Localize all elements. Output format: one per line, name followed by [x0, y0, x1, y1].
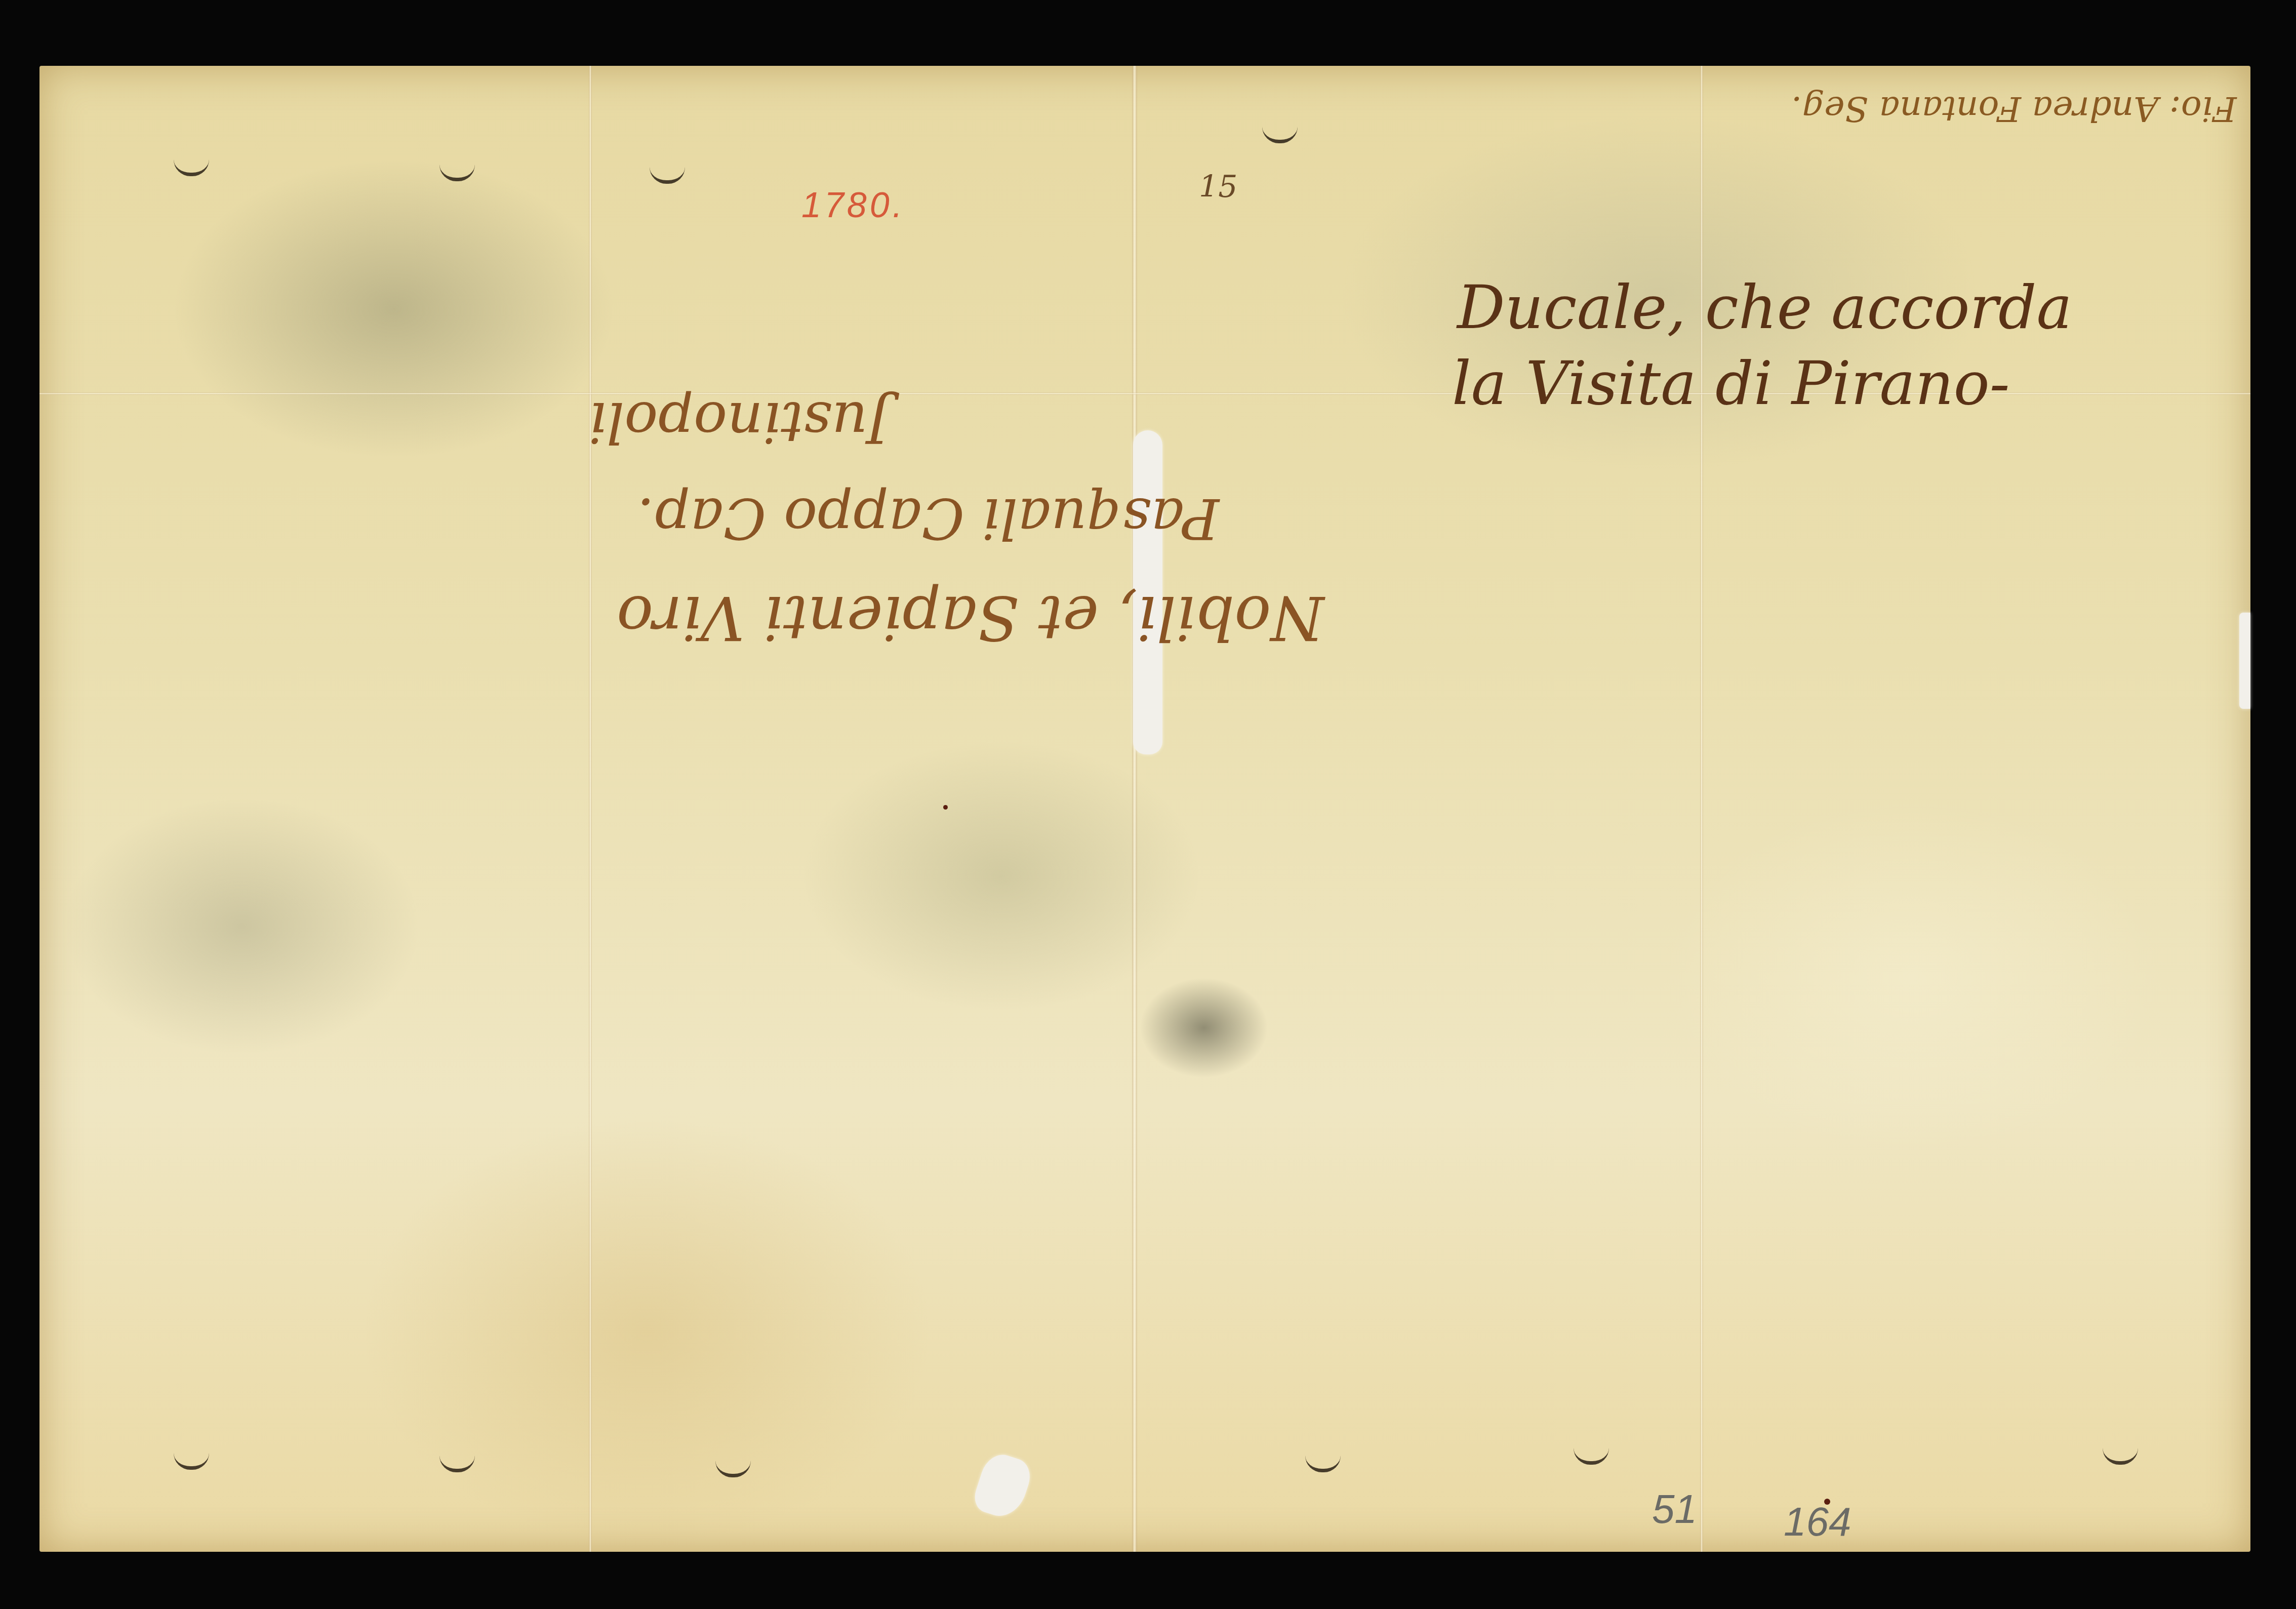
secretary-signature-inverted: Fio: Andrea Fontana Seg. — [1791, 89, 2237, 128]
repair-patch-bottom — [971, 1450, 1035, 1522]
archive-number-right: 164 — [1784, 1499, 1851, 1545]
address-line-3-inverted: Justinopoli — [589, 390, 890, 454]
repair-patch-edge — [2239, 613, 2250, 709]
stitch-hole — [1262, 127, 1298, 143]
stitch-hole — [650, 167, 685, 184]
stitch-hole — [2103, 1448, 2138, 1465]
parchment-sheet: Ducale, che accorda la Visita di Pirano-… — [39, 66, 2250, 1552]
address-line-2-inverted: Pasquali Cappo Cap. — [637, 486, 1219, 550]
stitch-hole — [174, 159, 209, 176]
center-fold-line — [1132, 66, 1137, 1552]
small-ink-mark: 15 — [1199, 170, 1237, 205]
vertical-fold-line — [589, 66, 592, 1552]
endorsement-title-line-1: Ducale, che accorda — [1457, 273, 2072, 342]
archive-number-left: 51 — [1652, 1486, 1697, 1533]
endorsement-title-line-2: la Visita di Pirano- — [1452, 349, 2010, 418]
stitch-hole — [1574, 1448, 1609, 1465]
stitch-hole — [1305, 1456, 1341, 1472]
address-line-1-inverted: Nobili, et Sapienti Viro — [617, 582, 1324, 652]
stitch-hole — [439, 165, 475, 181]
stitch-hole — [439, 1456, 475, 1472]
stitch-hole — [174, 1453, 209, 1470]
stitch-hole — [715, 1461, 751, 1477]
red-pencil-date: 1780. — [801, 185, 905, 225]
ink-dot — [943, 805, 948, 810]
